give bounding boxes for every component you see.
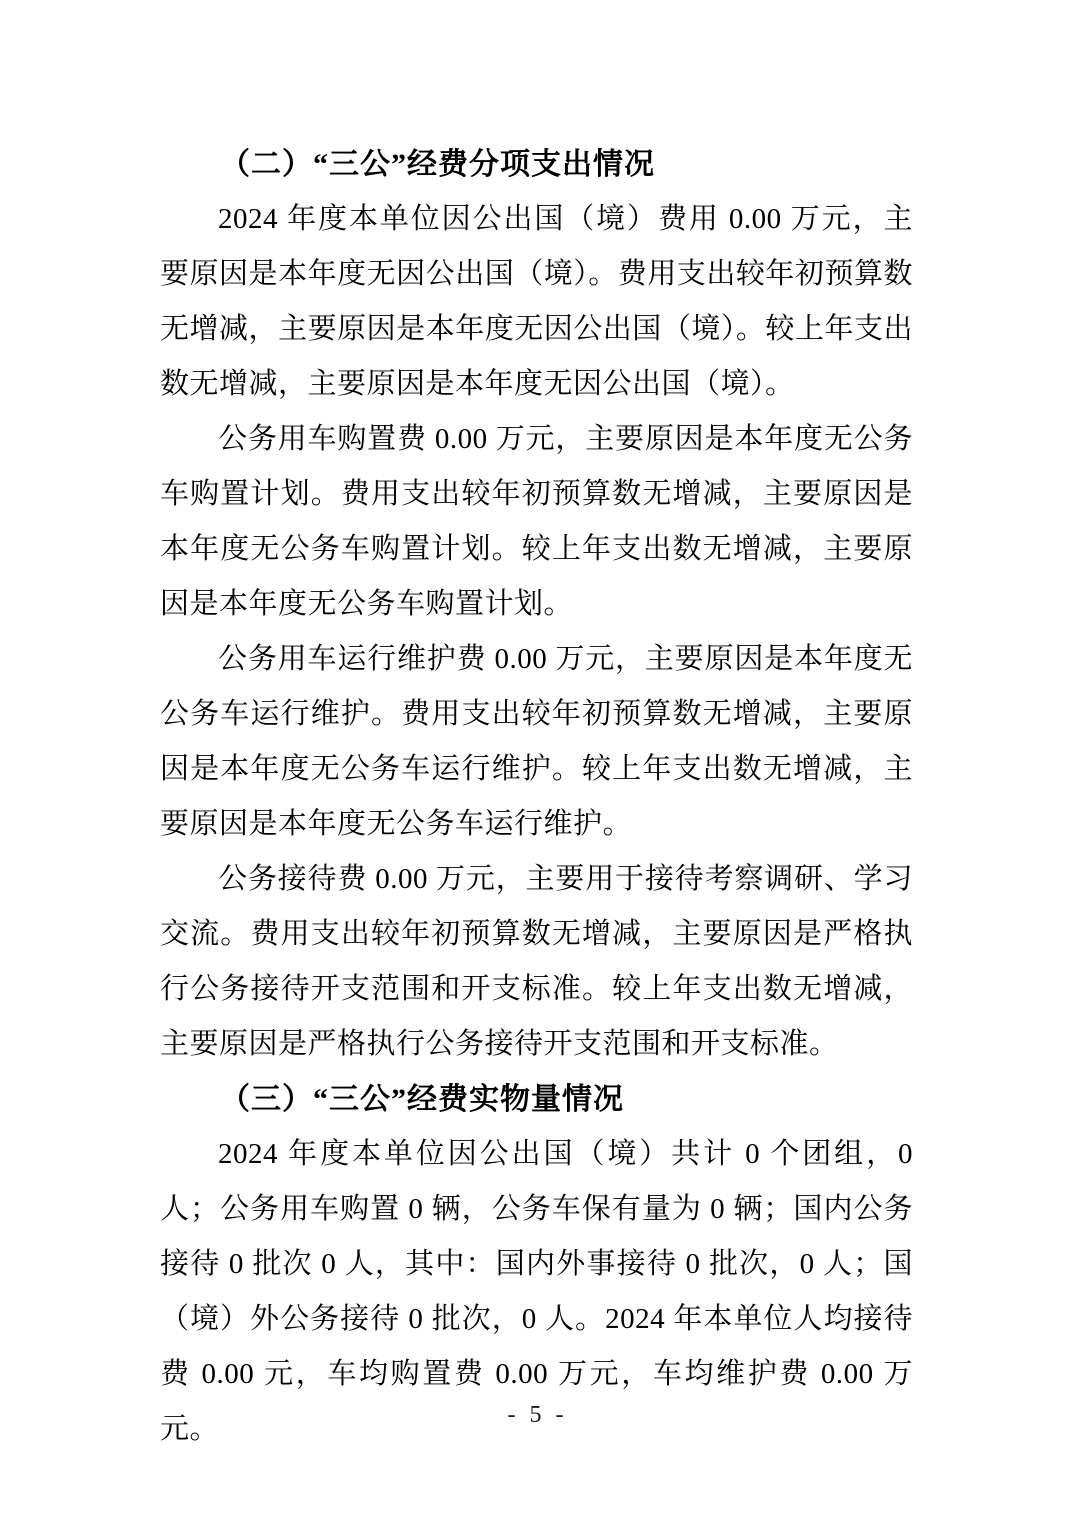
document-page: （二）“三公”经费分项支出情况 2024 年度本单位因公出国（境）费用 0.00…	[0, 0, 1075, 1520]
page-number: - 5 -	[0, 1400, 1075, 1430]
paragraph-vehicle-maintenance-expense: 公务用车运行维护费 0.00 万元，主要原因是本年度无公务车运行维护。费用支出较…	[160, 632, 913, 852]
section-heading-three-public-itemized-expenses: （二）“三公”经费分项支出情况	[160, 137, 913, 192]
paragraph-vehicle-purchase-expense: 公务用车购置费 0.00 万元，主要原因是本年度无公务车购置计划。费用支出较年初…	[160, 412, 913, 632]
paragraph-abroad-expense: 2024 年度本单位因公出国（境）费用 0.00 万元，主要原因是本年度无因公出…	[160, 192, 913, 412]
section-heading-three-public-physical-quantity: （三）“三公”经费实物量情况	[160, 1072, 913, 1127]
paragraph-official-reception-expense: 公务接待费 0.00 万元，主要用于接待考察调研、学习交流。费用支出较年初预算数…	[160, 852, 913, 1072]
